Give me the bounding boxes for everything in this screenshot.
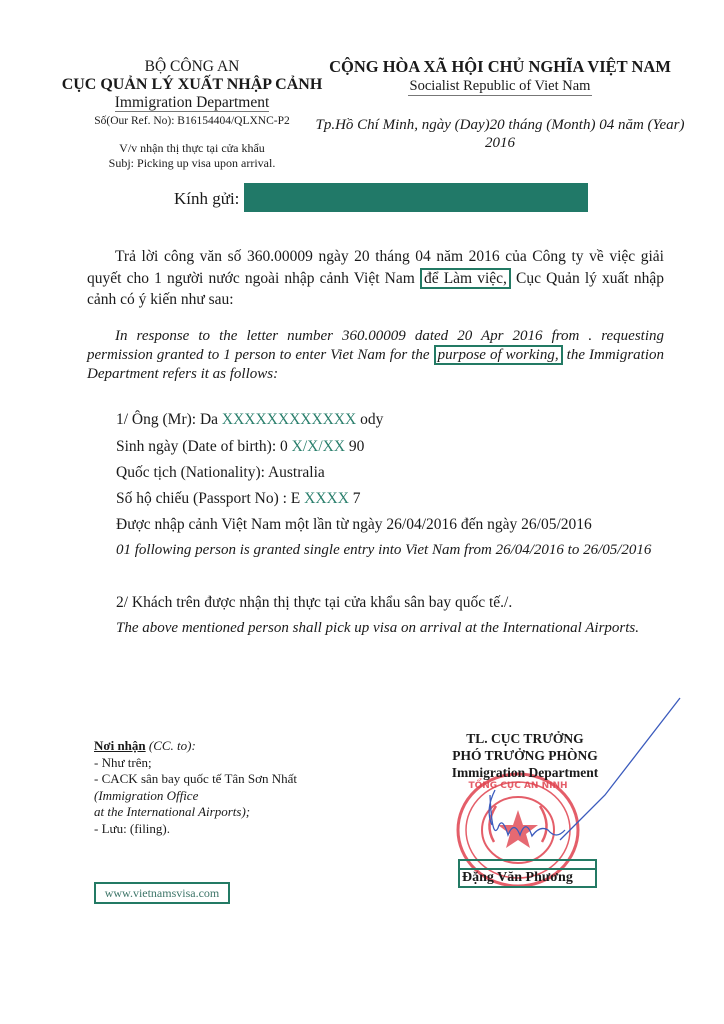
cc-recipients: Nơi nhận (CC. to): - Như trên; - CACK sâ… [94, 738, 297, 837]
entry-period-vn: Được nhập cảnh Việt Nam một lần từ ngày … [116, 516, 592, 534]
cc-heading-vn: Nơi nhận [94, 738, 146, 753]
department-name-en: Immigration Department [115, 94, 270, 112]
national-header: CỘNG HÒA XÃ HỘI CHỦ NGHĨA VIỆT NAM Socia… [305, 58, 695, 153]
cc-heading-en: (CC. to): [146, 738, 196, 753]
applicant-name-suffix: ody [356, 411, 383, 428]
cc-item: - Như trên; [94, 755, 297, 772]
reply-paragraph-en: In response to the letter number 360.000… [87, 327, 664, 384]
cc-heading: Nơi nhận (CC. to): [94, 738, 297, 755]
entry-period-en: 01 following person is granted single en… [116, 537, 664, 563]
passport-masked: XXXX [304, 490, 349, 507]
cc-item-note: (Immigration Office [94, 788, 297, 805]
signer-name-redacted: Đặng Văn Phương [458, 859, 597, 888]
passport-suffix: 7 [349, 490, 361, 507]
ministry-name: BỘ CÔNG AN [58, 58, 326, 76]
redaction-bar [460, 868, 595, 870]
recipient-label: Kính gửi: [174, 189, 239, 209]
issuer-header: BỘ CÔNG AN CỤC QUẢN LÝ XUẤT NHẬP CẢNH Im… [58, 58, 326, 172]
purpose-highlight-vn: để Làm việc, [420, 268, 511, 289]
signer-name: Đặng Văn Phương [462, 870, 573, 885]
issue-date-line2: 2016 [305, 134, 695, 153]
cc-filing: - Lưu: (filing). [94, 821, 297, 838]
subject-vn: V/v nhận thị thực tại cửa khẩu [58, 141, 326, 157]
dob-prefix: Sinh ngày (Date of birth): 0 [116, 438, 292, 455]
department-name-vn: CỤC QUẢN LÝ XUẤT NHẬP CẢNH [58, 76, 326, 94]
subject-en: Subj: Picking up visa upon arrival. [58, 156, 326, 172]
applicant-name-prefix: 1/ Ông (Mr): Da [116, 411, 222, 428]
pickup-instruction-vn: 2/ Khách trên được nhận thị thực tại cửa… [116, 594, 512, 612]
applicant-name-masked: XXXXXXXXXXXX [222, 411, 356, 428]
cc-item-note: at the International Airports); [94, 804, 297, 821]
reply-paragraph-vn: Trả lời công văn số 360.00009 ngày 20 th… [87, 246, 664, 311]
cc-item: - CACK sân bay quốc tế Tân Sơn Nhất [94, 771, 297, 788]
signatory-title-line1: TL. CỤC TRƯỞNG [440, 730, 610, 747]
pickup-instruction-en: The above mentioned person shall pick up… [116, 615, 664, 641]
subject-block: V/v nhận thị thực tại cửa khẩu Subj: Pic… [58, 141, 326, 172]
purpose-highlight-en: purpose of working, [434, 345, 563, 365]
republic-name-vn: CỘNG HÒA XÃ HỘI CHỦ NGHĨA VIỆT NAM [305, 58, 695, 77]
recipient-redacted-box [244, 183, 588, 212]
signatory-title: TL. CỤC TRƯỞNG PHÓ TRƯỞNG PHÒNG Immigrat… [440, 730, 610, 781]
website-watermark: www.vietnamsvisa.com [94, 882, 230, 904]
reference-number: Số(Our Ref. No): B16154404/QLXNC-P2 [58, 115, 326, 128]
signatory-title-line2: PHÓ TRƯỞNG PHÒNG [440, 747, 610, 764]
applicant-passport: Số hộ chiếu (Passport No) : E XXXX 7 [116, 490, 361, 508]
applicant-nationality: Quốc tịch (Nationality): Australia [116, 464, 325, 482]
issue-date-line1: Tp.Hồ Chí Minh, ngày (Day)20 tháng (Mont… [305, 116, 695, 135]
republic-name-en: Socialist Republic of Viet Nam [408, 78, 593, 96]
applicant-dob: Sinh ngày (Date of birth): 0 X/X/XX 90 [116, 438, 364, 456]
issue-date: Tp.Hồ Chí Minh, ngày (Day)20 tháng (Mont… [305, 116, 695, 154]
dob-suffix: 90 [345, 438, 364, 455]
signatory-title-line3: Immigration Department [440, 764, 610, 781]
passport-prefix: Số hộ chiếu (Passport No) : E [116, 490, 304, 507]
dob-masked: X/X/XX [292, 438, 345, 455]
applicant-name: 1/ Ông (Mr): Da XXXXXXXXXXXX ody [116, 411, 383, 429]
